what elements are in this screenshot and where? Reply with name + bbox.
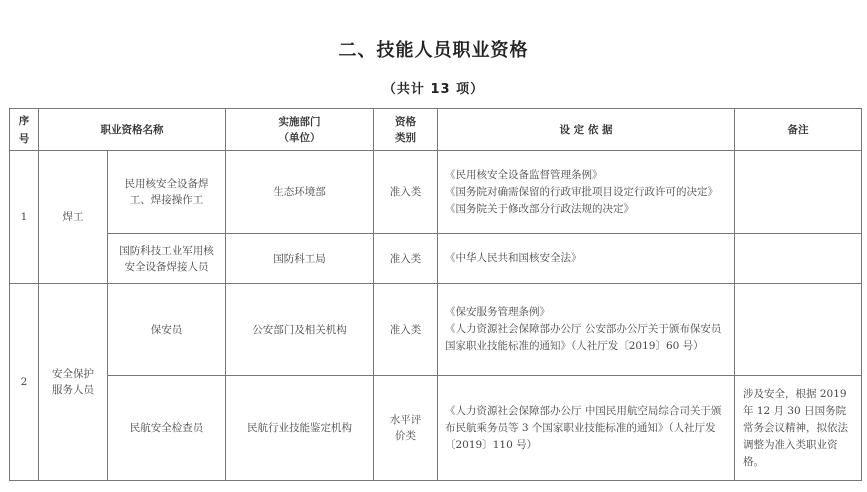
seq-cell: 2 (10, 284, 39, 481)
qualification-name-cell: 民航安全检查员 (108, 376, 226, 481)
header-dept: 实施部门 （单位） (226, 109, 374, 151)
category-cell: 安全保护服务人员 (39, 284, 108, 481)
type-cell: 准入类 (374, 151, 438, 234)
header-seq-label: 序号 (18, 112, 30, 148)
qualification-name-cell: 保安员 (108, 284, 226, 376)
basis-item: 《国务院对确需保留的行政审批项目设定行政许可的决定》 (445, 184, 728, 201)
header-name: 职业资格名称 (39, 109, 226, 151)
category-cell: 焊工 (39, 151, 108, 284)
basis-item: 《人力资源社会保障部办公厅 中国民用航空局综合司关于颁布民航乘务员等 3 个国家… (445, 403, 728, 454)
qualification-name-cell: 民用核安全设备焊工、焊接操作工 (108, 151, 226, 234)
type-cell: 准入类 (374, 234, 438, 284)
qualification-name-cell: 国防科技工业军用核安全设备焊接人员 (108, 234, 226, 284)
category-label: 安全保护服务人员 (52, 368, 94, 396)
document-subtitle: （共计 13 项） (0, 78, 867, 97)
qualification-table: 序号 职业资格名称 实施部门 （单位） 资格 类别 设 定 依 据 备注 1 焊… (9, 108, 862, 481)
basis-cell: 《中华人民共和国核安全法》 (438, 234, 735, 284)
dept-cell: 公安部门及相关机构 (226, 284, 374, 376)
note-cell (735, 284, 862, 376)
dept-cell: 国防科工局 (226, 234, 374, 284)
qualification-name: 国防科技工业军用核安全设备焊接人员 (119, 245, 214, 273)
header-dept-line1: 实施部门 (226, 114, 373, 130)
header-type-line1: 资格 (374, 114, 437, 130)
header-type-line2: 类别 (374, 130, 437, 146)
note-cell (735, 234, 862, 284)
header-seq: 序号 (10, 109, 39, 151)
type-cell: 水平评价类 (374, 376, 438, 481)
table-row: 民航安全检查员 民航行业技能鉴定机构 水平评价类 《人力资源社会保障部办公厅 中… (10, 376, 862, 481)
header-dept-line2: （单位） (226, 130, 373, 146)
dept-cell: 生态环境部 (226, 151, 374, 234)
basis-item: 《国务院关于修改部分行政法规的决定》 (445, 201, 728, 218)
basis-cell: 《民用核安全设备监督管理条例》 《国务院对确需保留的行政审批项目设定行政许可的决… (438, 151, 735, 234)
basis-item: 《人力资源社会保障部办公厅 公安部办公厅关于颁布保安员国家职业技能标准的通知》（… (445, 321, 728, 355)
dept-cell: 民航行业技能鉴定机构 (226, 376, 374, 481)
header-note: 备注 (735, 109, 862, 151)
table-row: 2 安全保护服务人员 保安员 公安部门及相关机构 准入类 《保安服务管理条例》 … (10, 284, 862, 376)
header-basis: 设 定 依 据 (438, 109, 735, 151)
basis-item: 《中华人民共和国核安全法》 (445, 250, 728, 267)
note-cell (735, 151, 862, 234)
basis-cell: 《人力资源社会保障部办公厅 中国民用航空局综合司关于颁布民航乘务员等 3 个国家… (438, 376, 735, 481)
table-row: 1 焊工 民用核安全设备焊工、焊接操作工 生态环境部 准入类 《民用核安全设备监… (10, 151, 862, 234)
qualification-name: 民用核安全设备焊工、焊接操作工 (125, 178, 209, 206)
note-cell: 涉及安全，根据 2019 年 12 月 30 日国务院常务会议精神，拟依法调整为… (735, 376, 862, 481)
header-type: 资格 类别 (374, 109, 438, 151)
header-row: 序号 职业资格名称 实施部门 （单位） 资格 类别 设 定 依 据 备注 (10, 109, 862, 151)
basis-item: 《民用核安全设备监督管理条例》 (445, 167, 728, 184)
document-title: 二、技能人员职业资格 (0, 36, 867, 62)
seq-cell: 1 (10, 151, 39, 284)
basis-cell: 《保安服务管理条例》 《人力资源社会保障部办公厅 公安部办公厅关于颁布保安员国家… (438, 284, 735, 376)
type-label: 水平评价类 (390, 414, 422, 442)
type-cell: 准入类 (374, 284, 438, 376)
table-row: 国防科技工业军用核安全设备焊接人员 国防科工局 准入类 《中华人民共和国核安全法… (10, 234, 862, 284)
basis-item: 《保安服务管理条例》 (445, 304, 728, 321)
